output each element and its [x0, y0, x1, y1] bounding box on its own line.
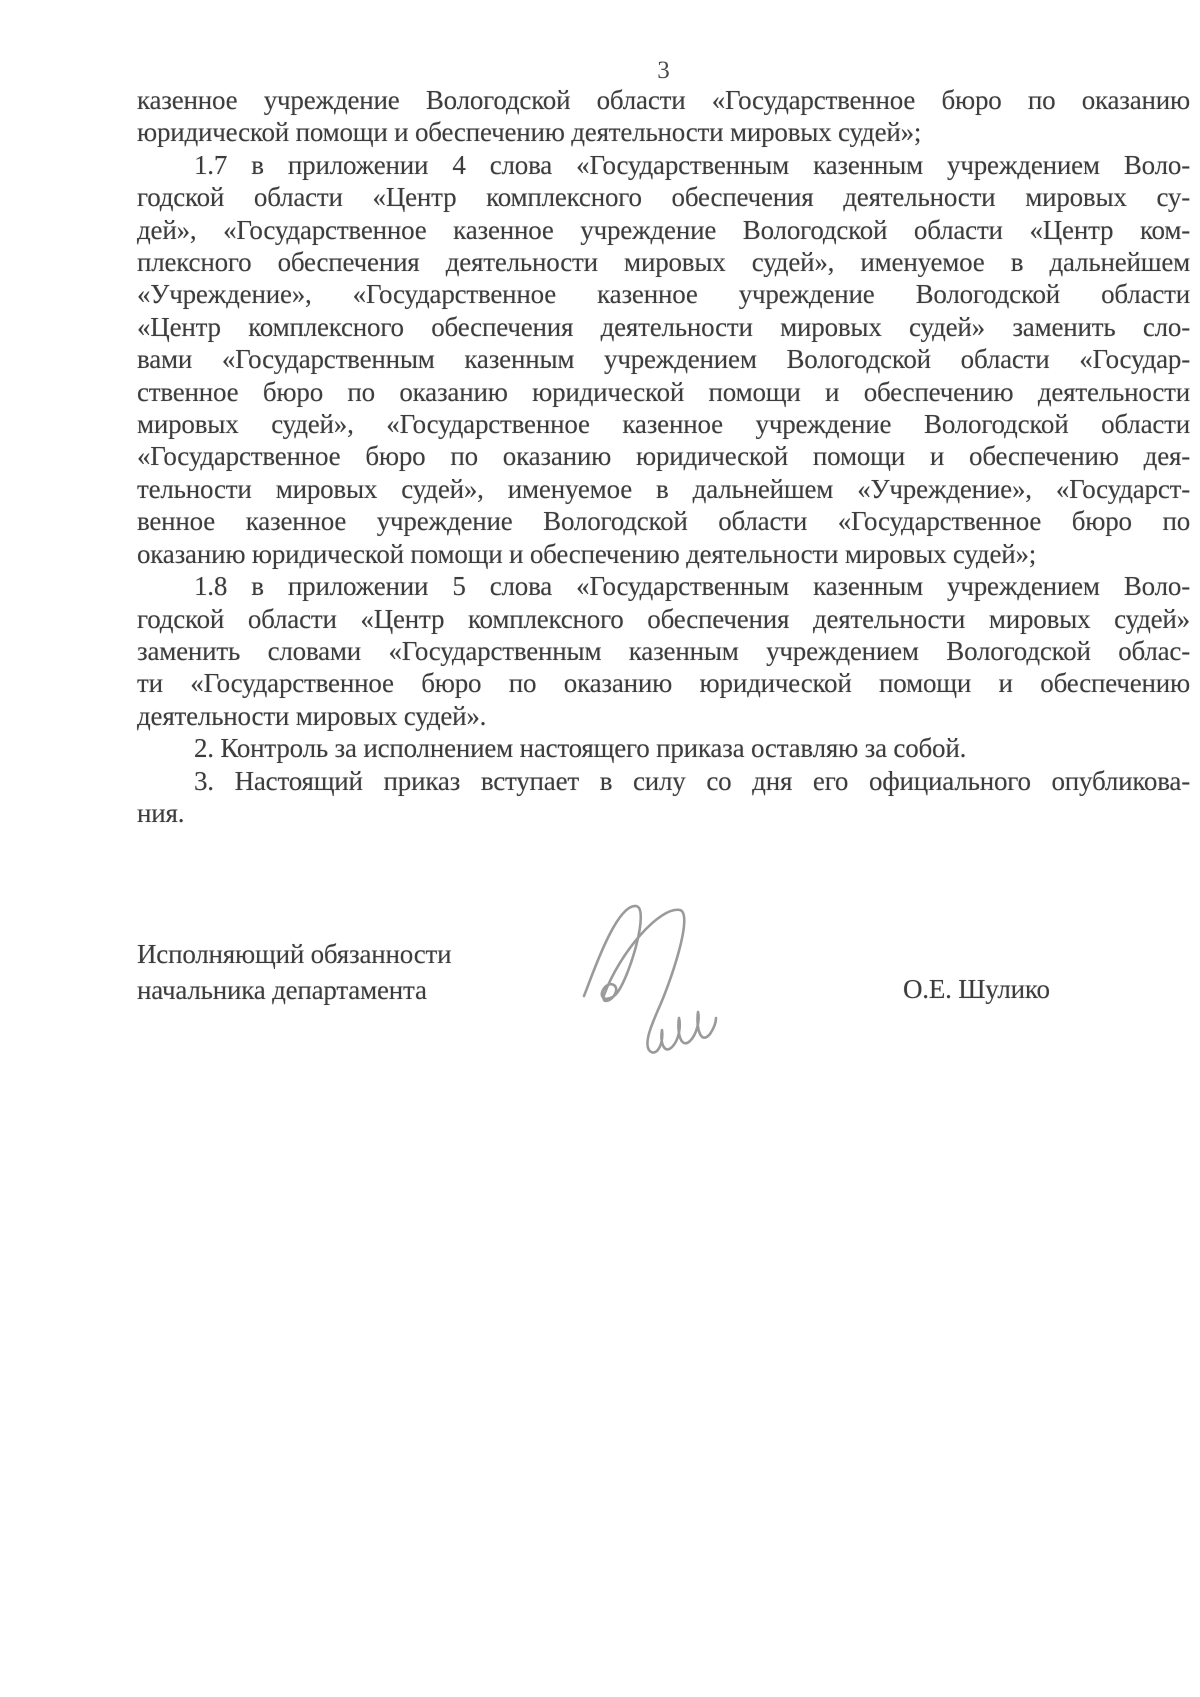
- text-line: 3. Настоящий приказ вступает в силу со д…: [137, 765, 1190, 797]
- text-line: мировых судей», «Государственное казенно…: [137, 408, 1190, 440]
- text-line: плексного обеспечения деятельности миров…: [137, 246, 1190, 278]
- paragraph: 1.8 в приложении 5 слова «Государственны…: [137, 570, 1190, 732]
- text-line: оказанию юридической помощи и обеспечени…: [137, 538, 1190, 570]
- signer-role: Исполняющий обязанности начальника депар…: [137, 936, 451, 1008]
- text-line: заменить словами «Государственным казенн…: [137, 635, 1190, 667]
- text-line: тельности мировых судей», именуемое в да…: [137, 473, 1190, 505]
- text-line: ственное бюро по оказанию юридической по…: [137, 376, 1190, 408]
- text-line: «Государственное бюро по оказанию юридич…: [137, 440, 1190, 472]
- document-text: казенное учреждение Вологодской области …: [137, 84, 1190, 829]
- text-line: 2. Контроль за исполнением настоящего пр…: [137, 732, 1190, 764]
- text-line: «Центр комплексного обеспечения деятельн…: [137, 311, 1190, 343]
- text-line: годской области «Центр комплексного обес…: [137, 181, 1190, 213]
- handwritten-signature-icon: [570, 898, 730, 1068]
- signer-name: О.Е. Шулико: [903, 974, 1050, 1005]
- text-line: «Учреждение», «Государственное казенное …: [137, 278, 1190, 310]
- paragraph: 2. Контроль за исполнением настоящего пр…: [137, 732, 1190, 764]
- text-line: казенное учреждение Вологодской области …: [137, 84, 1190, 116]
- text-line: деятельности мировых судей».: [137, 700, 1190, 732]
- text-line: 1.7 в приложении 4 слова «Государственны…: [137, 149, 1190, 181]
- text-line: венное казенное учреждение Вологодской о…: [137, 505, 1190, 537]
- signer-role-line2: начальника департамента: [137, 972, 451, 1008]
- text-line: дей», «Государственное казенное учрежден…: [137, 214, 1190, 246]
- text-line: вами «Государственным казенным учреждени…: [137, 343, 1190, 375]
- signer-role-line1: Исполняющий обязанности: [137, 936, 451, 972]
- text-line: юридической помощи и обеспечению деятель…: [137, 116, 1190, 148]
- text-line: ти «Государственное бюро по оказанию юри…: [137, 667, 1190, 699]
- paragraph: 3. Настоящий приказ вступает в силу со д…: [137, 765, 1190, 830]
- document-page: 3 казенное учреждение Вологодской област…: [0, 0, 1200, 1697]
- paragraph: 1.7 в приложении 4 слова «Государственны…: [137, 149, 1190, 570]
- text-line: ния.: [137, 797, 1190, 829]
- text-line: годской области «Центр комплексного обес…: [137, 603, 1190, 635]
- text-line: 1.8 в приложении 5 слова «Государственны…: [137, 570, 1190, 602]
- page-number: 3: [137, 57, 1190, 85]
- paragraph: казенное учреждение Вологодской области …: [137, 84, 1190, 149]
